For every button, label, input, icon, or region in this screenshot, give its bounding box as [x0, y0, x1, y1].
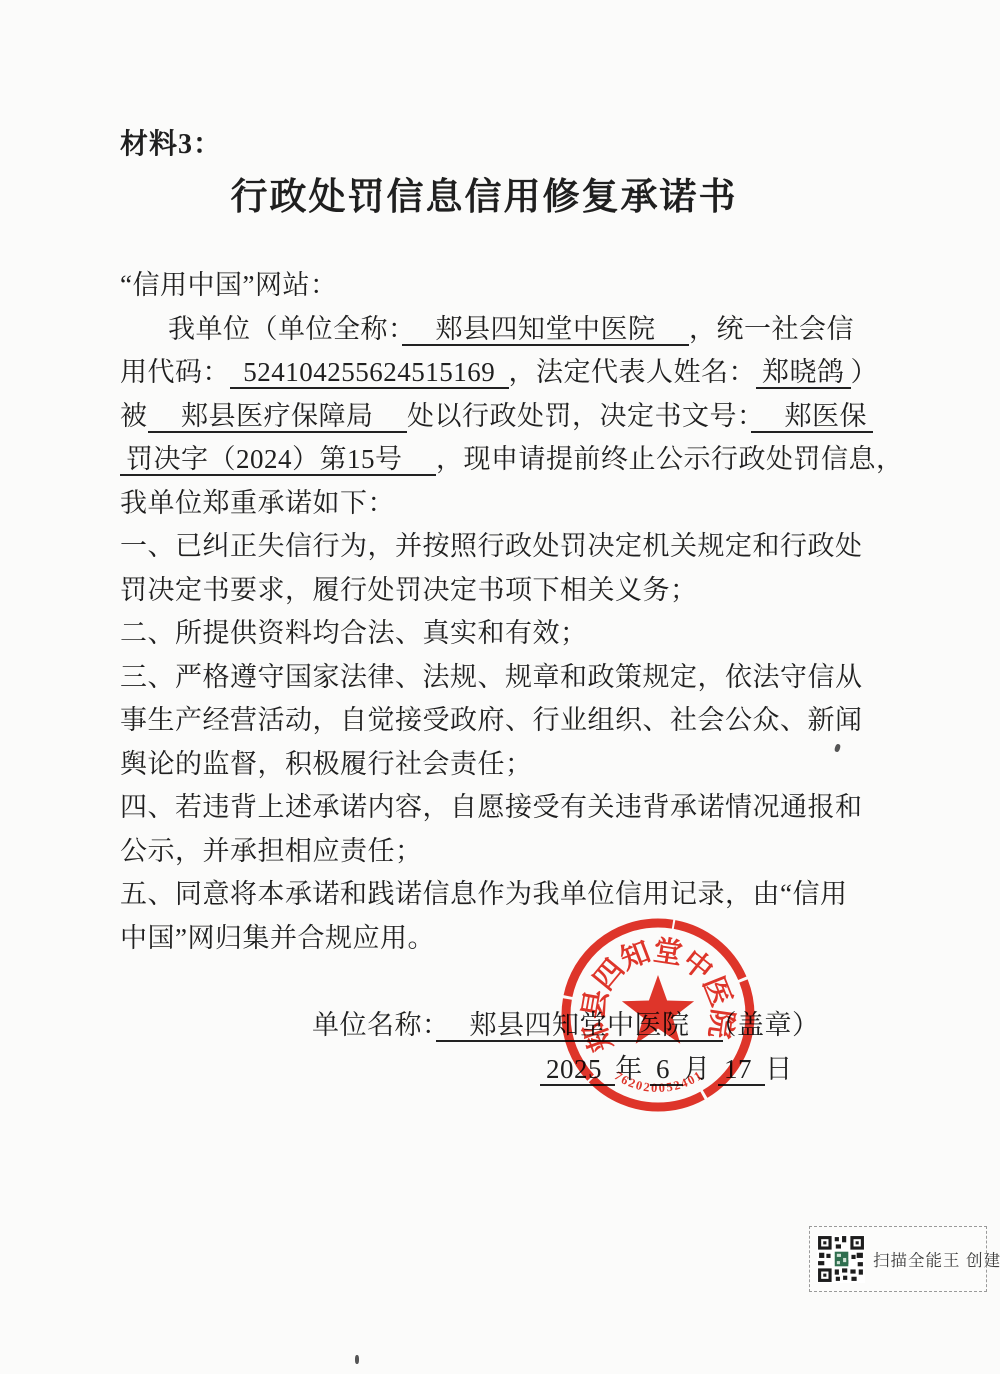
body-line: 三、严格遵守国家法律、法规、规章和政策规定，依法守信从 — [120, 656, 860, 700]
body-text: 被 — [120, 401, 148, 431]
filled-blank: 17 — [718, 1054, 765, 1086]
body-text: 罚决定书要求，履行处罚决定书项下相关义务； — [120, 575, 698, 605]
body-line: 一、已纠正失信行为，并按照行政处罚决定机关规定和行政处 — [120, 525, 860, 569]
body-line: 事生产经营活动，自觉接受政府、行业组织、社会公众、新闻 — [120, 699, 860, 743]
body-text: 年 — [615, 1054, 650, 1084]
body-line: 被 郏县医疗保障局 处以行政处罚，决定书文号： 郏医保 — [120, 395, 860, 439]
body-line: “信用中国”网站： — [120, 264, 860, 308]
filled-blank: 郏医保 — [751, 401, 873, 433]
body-text: 三、严格遵守国家法律、法规、规章和政策规定，依法守信从 — [120, 662, 863, 692]
filled-blank: 郏县四知堂中医院 — [402, 314, 689, 346]
body-text: 单位名称： — [312, 1010, 436, 1040]
body-text: 月 — [683, 1054, 718, 1084]
body-text: ） — [851, 357, 879, 387]
scan-speck — [355, 1355, 359, 1364]
body-text: 五、同意将本承诺和践诺信息作为我单位信用记录，由“信用 — [120, 879, 847, 909]
filled-blank: 郏县四知堂中医院 — [436, 1010, 723, 1042]
body-text: ，现申请提前终止公示行政处罚信息， — [436, 444, 904, 474]
body-text: 公示，并承担相应责任； — [120, 836, 423, 866]
body-line: 舆论的监督，积极履行社会责任； — [120, 743, 860, 787]
filled-blank: 郑晓鸽 — [756, 357, 851, 389]
body-line: 用代码： 524104255624515169 ，法定代表人姓名：郑晓鸽） — [120, 351, 860, 395]
body-text: 我单位郑重承诺如下： — [120, 488, 395, 518]
filled-blank: 2025 — [540, 1054, 615, 1086]
body-text: 中国”网归集并合规应用。 — [120, 923, 435, 953]
body-line: 罚决字（2024）第15号 ，现申请提前终止公示行政处罚信息， — [120, 438, 860, 482]
material-label: 材料3： — [120, 122, 222, 162]
body-text: 一、已纠正失信行为，并按照行政处罚决定机关规定和行政处 — [120, 531, 863, 561]
filled-blank: 6 — [650, 1054, 683, 1086]
body-text: （盖章） — [723, 1010, 820, 1040]
body-line: 五、同意将本承诺和践诺信息作为我单位信用记录，由“信用 — [120, 873, 860, 917]
body-line: 罚决定书要求，履行处罚决定书项下相关义务； — [120, 569, 860, 613]
body-line: 二、所提供资料均合法、真实和有效； — [120, 612, 860, 656]
body-text: 二、所提供资料均合法、真实和有效； — [120, 618, 588, 648]
body-text: 处以行政处罚，决定书文号： — [407, 401, 751, 431]
body-line: 四、若违背上述承诺内容，自愿接受有关违背承诺情况通报和 — [120, 786, 860, 830]
document-page: 材料3： 行政处罚信息信用修复承诺书 “信用中国”网站：我单位（单位全称： 郏县… — [0, 0, 1000, 1374]
body-text: 我单位（单位全称： — [168, 314, 402, 344]
scanner-badge: 扫描全能王 创建 — [809, 1226, 987, 1292]
page-title: 行政处罚信息信用修复承诺书 — [120, 166, 848, 220]
filled-blank: 罚决字（2024）第15号 — [120, 444, 436, 476]
body-text: 用代码： — [120, 357, 230, 387]
body-text: 四、若违背上述承诺内容，自愿接受有关违背承诺情况通报和 — [120, 792, 863, 822]
body-text: 舆论的监督，积极履行社会责任； — [120, 749, 533, 779]
body-line: 单位名称： 郏县四知堂中医院 （盖章） — [312, 1004, 860, 1048]
qr-code-icon — [817, 1235, 865, 1283]
body-text: “信用中国”网站： — [120, 270, 337, 300]
body-line: 公示，并承担相应责任； — [120, 830, 860, 874]
filled-blank: 524104255624515169 — [230, 357, 509, 389]
body-line: 我单位郑重承诺如下： — [120, 482, 860, 526]
scanner-badge-caption: 扫描全能王 创建 — [873, 1247, 1000, 1271]
body-line: 中国”网归集并合规应用。 — [120, 917, 860, 961]
filled-blank: 郏县医疗保障局 — [148, 401, 408, 433]
body-text: 日 — [765, 1054, 793, 1084]
body-text: ，统一社会信 — [689, 314, 854, 344]
body-line: 2025 年 6 月 17 日 — [540, 1048, 860, 1092]
body-text: 事生产经营活动，自觉接受政府、行业组织、社会公众、新闻 — [120, 705, 863, 735]
body-line: 我单位（单位全称： 郏县四知堂中医院 ，统一社会信 — [120, 308, 860, 352]
body-text: ，法定代表人姓名： — [509, 357, 757, 387]
document-body: “信用中国”网站：我单位（单位全称： 郏县四知堂中医院 ，统一社会信用代码： 5… — [120, 264, 860, 1091]
